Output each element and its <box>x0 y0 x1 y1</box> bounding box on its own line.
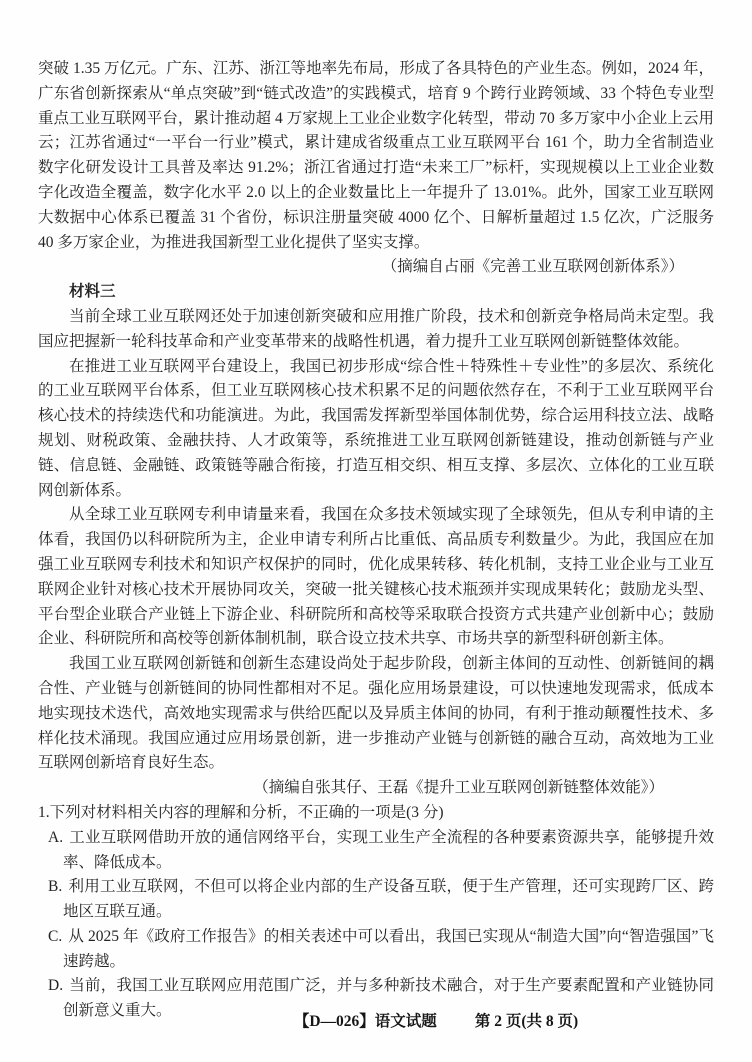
page-footer: 【D—026】语文试题 第 2 页(共 8 页) <box>120 1009 752 1031</box>
material3-paragraph-2: 在推进工业互联网平台建设上，我国已初步形成“综合性＋特殊性＋专业性”的多层次、系… <box>38 355 714 504</box>
page-number-indicator: 第 2 页(共 8 页) <box>475 1009 578 1031</box>
question-1-option-c: C.从 2025 年《政府工作报告》的相关表述中可以看出，我国已实现从“制造大国… <box>38 925 714 975</box>
booklet-id-label: 【D—026】语文试题 <box>294 1009 437 1031</box>
material3-paragraph-1: 当前全球工业互联网还处于加速创新突破和应用推广阶段，技术和创新竞争格局尚未定型。… <box>38 305 714 355</box>
question-1-stem: 1.下列对材料相关内容的理解和分析，不正确的一项是(3 分) <box>38 801 714 826</box>
material3-header: 材料三 <box>38 280 714 305</box>
question-1-option-b: B.利用工业互联网，不但可以将企业内部的生产设备互联，便于生产管理，还可实现跨厂… <box>38 875 714 925</box>
option-c-text: 从 2025 年《政府工作报告》的相关表述中可以看出，我国已实现从“制造大国”向… <box>63 928 714 970</box>
material2-continuation-paragraph: 突破 1.35 万亿元。广东、江苏、浙江等地率先布局，形成了各具特色的产业生态。… <box>38 57 714 255</box>
option-b-label: B. <box>48 878 62 895</box>
exam-paper-page: 突破 1.35 万亿元。广东、江苏、浙江等地率先布局，形成了各具特色的产业生态。… <box>0 0 752 1062</box>
material3-paragraph-4: 我国工业互联网创新链和创新生态建设尚处于起步阶段，创新主体间的互动性、创新链间的… <box>38 652 714 776</box>
option-a-text: 工业互联网借助开放的通信网络平台，实现工业生产全流程的各种要素资源共享，能够提升… <box>63 829 714 871</box>
option-b-text: 利用工业互联网，不但可以将企业内部的生产设备互联，便于生产管理，还可实现跨厂区、… <box>63 878 714 920</box>
page-content: 突破 1.35 万亿元。广东、江苏、浙江等地率先布局，形成了各具特色的产业生态。… <box>38 57 714 1024</box>
option-d-label: D. <box>48 977 63 994</box>
option-a-label: A. <box>48 829 63 846</box>
material2-attribution: （摘编自占丽《完善工业互联网创新体系》） <box>38 255 714 280</box>
question-1-option-a: A.工业互联网借助开放的通信网络平台，实现工业生产全流程的各种要素资源共享，能够… <box>38 826 714 876</box>
material3-paragraph-3: 从全球工业互联网专利申请量来看，我国在众多技术领域实现了全球领先，但从专利申请的… <box>38 503 714 652</box>
material3-attribution: （摘编自张其仔、王磊《提升工业互联网创新链整体效能》） <box>38 776 714 801</box>
option-c-label: C. <box>48 928 62 945</box>
